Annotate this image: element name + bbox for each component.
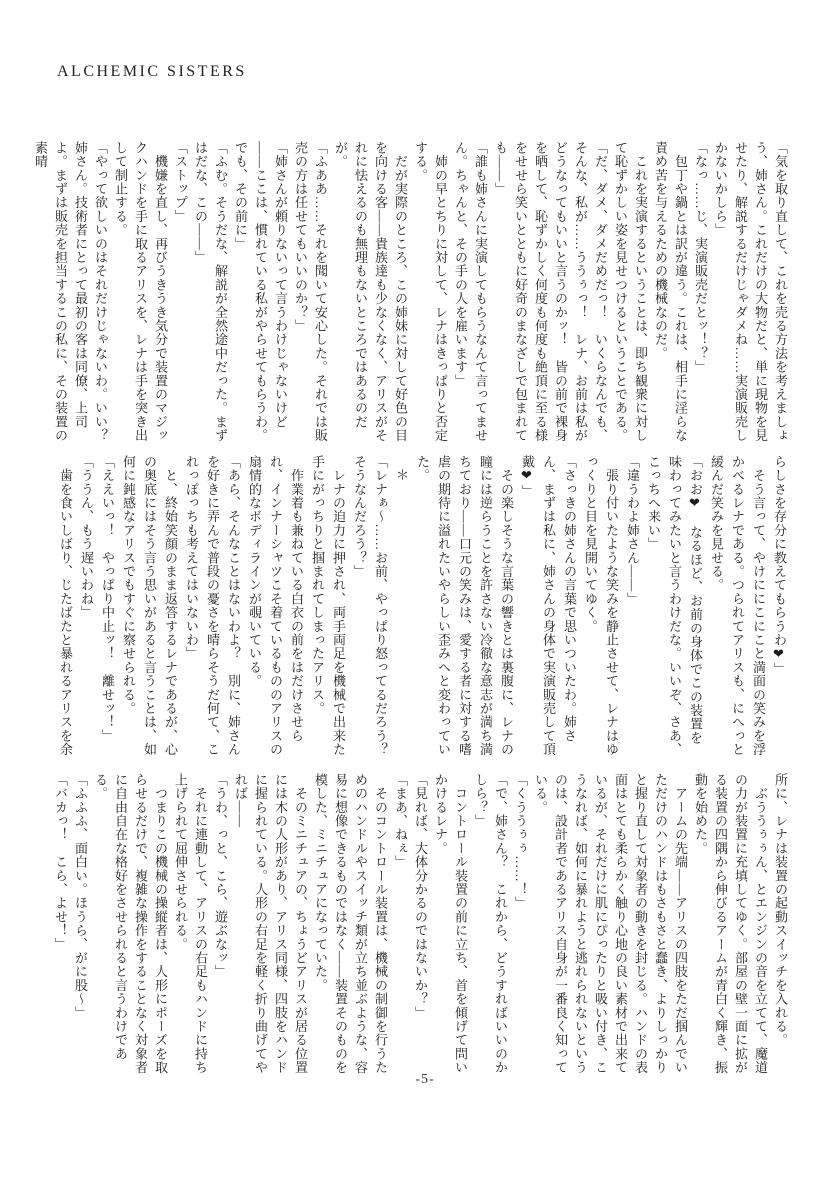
paragraph: 「なっ……じ、実演販売だとッ！？」 xyxy=(690,141,710,443)
paragraph: その楽しそうな言葉の響きとは裏腹に、レナの瞳には逆らうことを許さない冷徹な意志が… xyxy=(412,455,517,757)
paragraph: 「まあ、ねぇ」 xyxy=(390,773,410,1075)
paragraph: 包丁や鍋とは訳が違う。これは、相手に淫らな責め苦を与えるための機械なのだ。 xyxy=(650,141,690,443)
paragraph: 「ふああ……それを聞いて安心した。それでは販売の方は任せてもいいのか？」 xyxy=(290,141,330,443)
paragraph: 「ええいっ！ やっぱり中止ッ！ 離せッ！」 xyxy=(97,455,118,757)
paragraph: 「姉さんが頼りないって言うわけじゃないけど――ここは、慣れている私がやらせてもら… xyxy=(230,141,290,443)
paragraph: 「バカっ！ こら、よせ！」 xyxy=(50,773,70,1075)
paragraph: 「気を取り直して、これを売る方法を考えましょう、姉さん。これだけの大物だと、単に… xyxy=(710,141,790,443)
paragraph: そう言って、やけににこにこと満面の笑みを浮かべるレナである。つられてアリスも、に… xyxy=(706,455,769,757)
paragraph: 「おお❤ なるほど、お前の身体でこの装置を味わってみたいと言うわけだな。いいぞ、… xyxy=(643,455,706,757)
paragraph: 「レナぁ～……お前、やっぱり怒ってるだろう？そうなんだろう？」 xyxy=(349,455,391,757)
section-separator: ＊ xyxy=(391,455,412,757)
paragraph: と、終始笑顔のまま返答するレナであるが、心の奥底にはそう言う思いがあると言うこと… xyxy=(118,455,181,757)
paragraph: 「あら、そんなことはないわよ？ 別に、姉さんを好きに弄んで普段の憂さを晴らそうだ… xyxy=(181,455,244,757)
paragraph: 「違うわよ姉さん――」 xyxy=(622,455,643,757)
paragraph: 歯を食いしばり、じたばたと暴れるアリスを余 xyxy=(55,455,76,757)
paragraph: 張り付いたような笑みを静止させて、レナはゆっくりと目を見開いてゆく。 xyxy=(580,455,622,757)
text-block-top: 「気を取り直して、これを売る方法を考えましょう、姉さん。これだけの大物だと、単に… xyxy=(30,141,790,443)
paragraph: 「見れば、大体分かるのではないか？」 xyxy=(410,773,430,1075)
paragraph: 「ううん、もう遅いわね」 xyxy=(76,455,97,757)
text-block-middle: らしさを存分に教えてもらうわ❤」 そう言って、やけににこにこと満面の笑みを浮かべ… xyxy=(55,455,790,757)
paragraph: そのミニチュアの、ちょうどアリスが居る位置には木の人形があり、アリス同様、四肢を… xyxy=(230,773,310,1075)
page-title: ALCHEMIC SISTERS xyxy=(57,63,247,81)
paragraph: 「誰も姉さんに実演してもらうなんて言ってません。ちゃんと、その手の人を雇います」 xyxy=(450,141,490,443)
paragraph: 「ふむ。そうだな、解説が全然途中だった。まずはだな、この――」 xyxy=(190,141,230,443)
paragraph: 「さっきの姉さんの言葉で思いついたわ。姉さん、まずは私に、姉さんの身体で実演販売… xyxy=(517,455,580,757)
paragraph: 作業着も兼ねている白衣の前をはだけさせられ、インナーシャツこそ着ているもののアリ… xyxy=(244,455,307,757)
paragraph: レナの迫力に押され、両手両足を機械で出来た手にがっちりと掴まれてしまったアリス。 xyxy=(307,455,349,757)
paragraph: コントロール装置の前に立ち、首を傾げて問いかけるレナ。 xyxy=(430,773,470,1075)
paragraph: アームの先端――アリスの四肢をただ掴んでいただけのハンドはもさもさと蠢き、よりし… xyxy=(530,773,690,1075)
paragraph: 「ストップ」 xyxy=(170,141,190,443)
paragraph: 機嫌を直し、再びうきうき気分で装置のマジックハンドを手に取るアリスを、レナは手を… xyxy=(110,141,170,443)
paragraph: 「やって欲しいのはそれだけじゃないわ。いい？ 姉さん。技術者にとって最初の客は同… xyxy=(30,141,110,443)
paragraph: だが実際のところ、この姉妹に対して好色の目を向ける客――貴族達も少なくなく、アリ… xyxy=(330,141,410,443)
paragraph: 姉の早とちりに対して、レナはきっぱりと否定する。 xyxy=(410,141,450,443)
paragraph: これを実演するということは、即ち観衆に対して恥ずかしい姿を見せつけるということで… xyxy=(610,141,650,443)
paragraph: ぶううぅぅん、とエンジンの音を立てて、魔道の力が装置に充填してゆく。部屋の壁一面… xyxy=(690,773,770,1075)
page-number: -5- xyxy=(385,1072,465,1088)
paragraph: 「で、姉さん？ これから、どうすればいいのかしら？」 xyxy=(470,773,510,1075)
paragraph: 所に、レナは装置の起動スイッチを入れる。 xyxy=(770,773,790,1075)
paragraph: それに連動して、アリスの右足もハンドに持ち上げられて屈伸させられる。 xyxy=(170,773,210,1075)
document-page: ALCHEMIC SISTERS 「気を取り直して、これを売る方法を考えましょう… xyxy=(0,0,829,1200)
paragraph: そのコントロール装置は、機械の制御を行うためのハンドルやスイッチ類が立ち並ぶよう… xyxy=(310,773,390,1075)
text-block-bottom: 所に、レナは装置の起動スイッチを入れる。 ぶううぅぅん、とエンジンの音を立てて、… xyxy=(50,773,790,1075)
paragraph: 「ふふふ、面白い。ほうら、がに股～」 xyxy=(70,773,90,1075)
paragraph: 「うわ、っと、こら、遊ぶなッ」 xyxy=(210,773,230,1075)
paragraph: らしさを存分に教えてもらうわ❤」 xyxy=(769,455,790,757)
paragraph: つまりこの機械の操縦者は、人形にポーズを取らせるだけで、複雑な操作をすることなく… xyxy=(90,773,170,1075)
paragraph: 「だ、ダメ、ダメだめだっ！ いくらなんでも、そんな、私が……ううぅっ！ レナ、お… xyxy=(490,141,610,443)
paragraph: 「くううぅぅ……！」 xyxy=(510,773,530,1075)
